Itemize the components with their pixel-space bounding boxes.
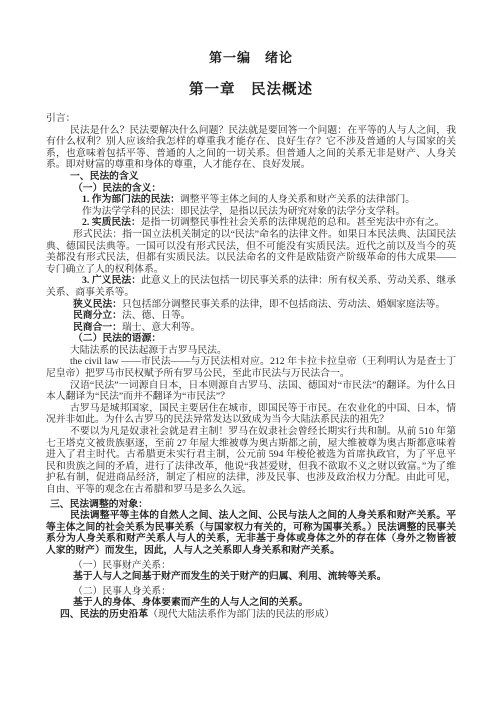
section-4-title: 四、民法的历史沿革	[60, 609, 148, 620]
paragraph-formal-law: 形式民法：指一国立法机关制定的以“民法”命名的法律文件。如果日本民法典、法国民法…	[46, 229, 456, 275]
paragraph-civil-law-term: the civil law ——市民法——与万民法相对应。212 年卡拉卡拉皇帝…	[46, 356, 456, 379]
definition-body: 法、德、日等。	[122, 310, 191, 321]
part-heading: 第一编 绪论	[46, 50, 456, 66]
subsection-3-1-heading: （一）民事财产关系：	[46, 560, 456, 572]
definition-substantive-law: 2. 实质民法：是指一切调整民事性社会关系的法律规范的总和。甚至宪法中亦有之。	[46, 217, 456, 229]
definition-legal-science: 作为法学学科的民法：即民法学，是指以民法为研究对象的法学分支学科。	[46, 206, 456, 218]
section-1-heading: 一、民法的含义	[46, 171, 456, 183]
definition-lead: 民商合一：	[73, 322, 122, 333]
paragraph-adjustment-object: 民法调整平等主体的自然人之间、法人之间、公民与法人之间的人身关系和财产关系。平等…	[46, 510, 456, 556]
definition-body: 调整平等主体之间的人身关系和财产关系的法律部门。	[180, 194, 415, 205]
definition-lead: 狭义民法：	[73, 299, 122, 310]
document-page: 第一编 绪论 第一章 民法概述 引言： 民法是什么？民法要解决什么问题？民法就是…	[0, 0, 500, 707]
subsection-1-2-heading: （二）民法的语源：	[46, 333, 456, 345]
definition-department-law: 1. 作为部门法的民法：调整平等主体之间的人身关系和财产关系的法律部门。	[46, 194, 456, 206]
definition-lead: 民商分立：	[73, 310, 122, 321]
definition-broad-law: 3. 广义民法：此意义上的民法包括一切民事关系的法律：所有权关系、劳动关系、继承…	[46, 275, 456, 298]
intro-label: 引言：	[46, 113, 456, 125]
definition-body: 瑞士、意大利等。	[122, 322, 200, 333]
intro-paragraph: 民法是什么？民法要解决什么问题？民法就是要回答一个问题：在平等的人与人之间，我有…	[46, 125, 456, 171]
paragraph-japanese-translation: 汉语“民法”一词源自日本，日本则源自古罗马、法国、德国对“市民法”的翻译。为什么…	[46, 380, 456, 403]
paragraph-personal-relation: 基于人的身体、身体要素而产生的人与人之间的关系。	[46, 597, 456, 609]
definition-separation: 民商分立：法、德、日等。	[46, 310, 456, 322]
section-4-heading: 四、民法的历史沿革（现代大陆法系作为部门法的民法的形成）	[46, 609, 456, 621]
paragraph-rome-city-state: 古罗马是城邦国家，国民主要居住在城市，即国民等于市民。在农业化的中国、日本，情况…	[46, 403, 456, 426]
paragraph-origin: 大陆法系的民法起源于古罗马民法。	[46, 345, 456, 357]
definition-lead: 1. 作为部门法的民法：	[82, 194, 180, 205]
definition-narrow-law: 狭义民法：只包括部分调整民事关系的法律，即不包括商法、劳动法、婚姻家庭法等。	[46, 299, 456, 311]
definition-body: 是指一切调整民事性社会关系的法律规范的总和。甚至宪法中亦有之。	[141, 217, 445, 228]
chapter-heading: 第一章 民法概述	[46, 81, 456, 99]
paragraph-republic-history: 不要以为凡是奴隶社会就是君主制！罗马在奴隶社会曾经长期实行共和制。从前 510 …	[46, 426, 456, 496]
section-4-subtitle: （现代大陆法系作为部门法的民法的形成）	[148, 609, 334, 620]
definition-lead: 2. 实质民法：	[82, 217, 141, 228]
definition-lead: 3. 广义民法：	[82, 275, 141, 286]
definition-body: 只包括部分调整民事关系的法律，即不包括商法、劳动法、婚姻家庭法等。	[122, 299, 445, 310]
section-3-heading: 三、民法调整的对象：	[46, 499, 456, 511]
subsection-1-1-heading: （一）民法的含义：	[46, 183, 456, 195]
definition-unification: 民商合一：瑞士、意大利等。	[46, 322, 456, 334]
paragraph-property-relation: 基于人与人之间基于财产而发生的关于财产的归属、利用、流转等关系。	[46, 571, 456, 583]
subsection-3-2-heading: （二）民事人身关系：	[46, 586, 456, 598]
